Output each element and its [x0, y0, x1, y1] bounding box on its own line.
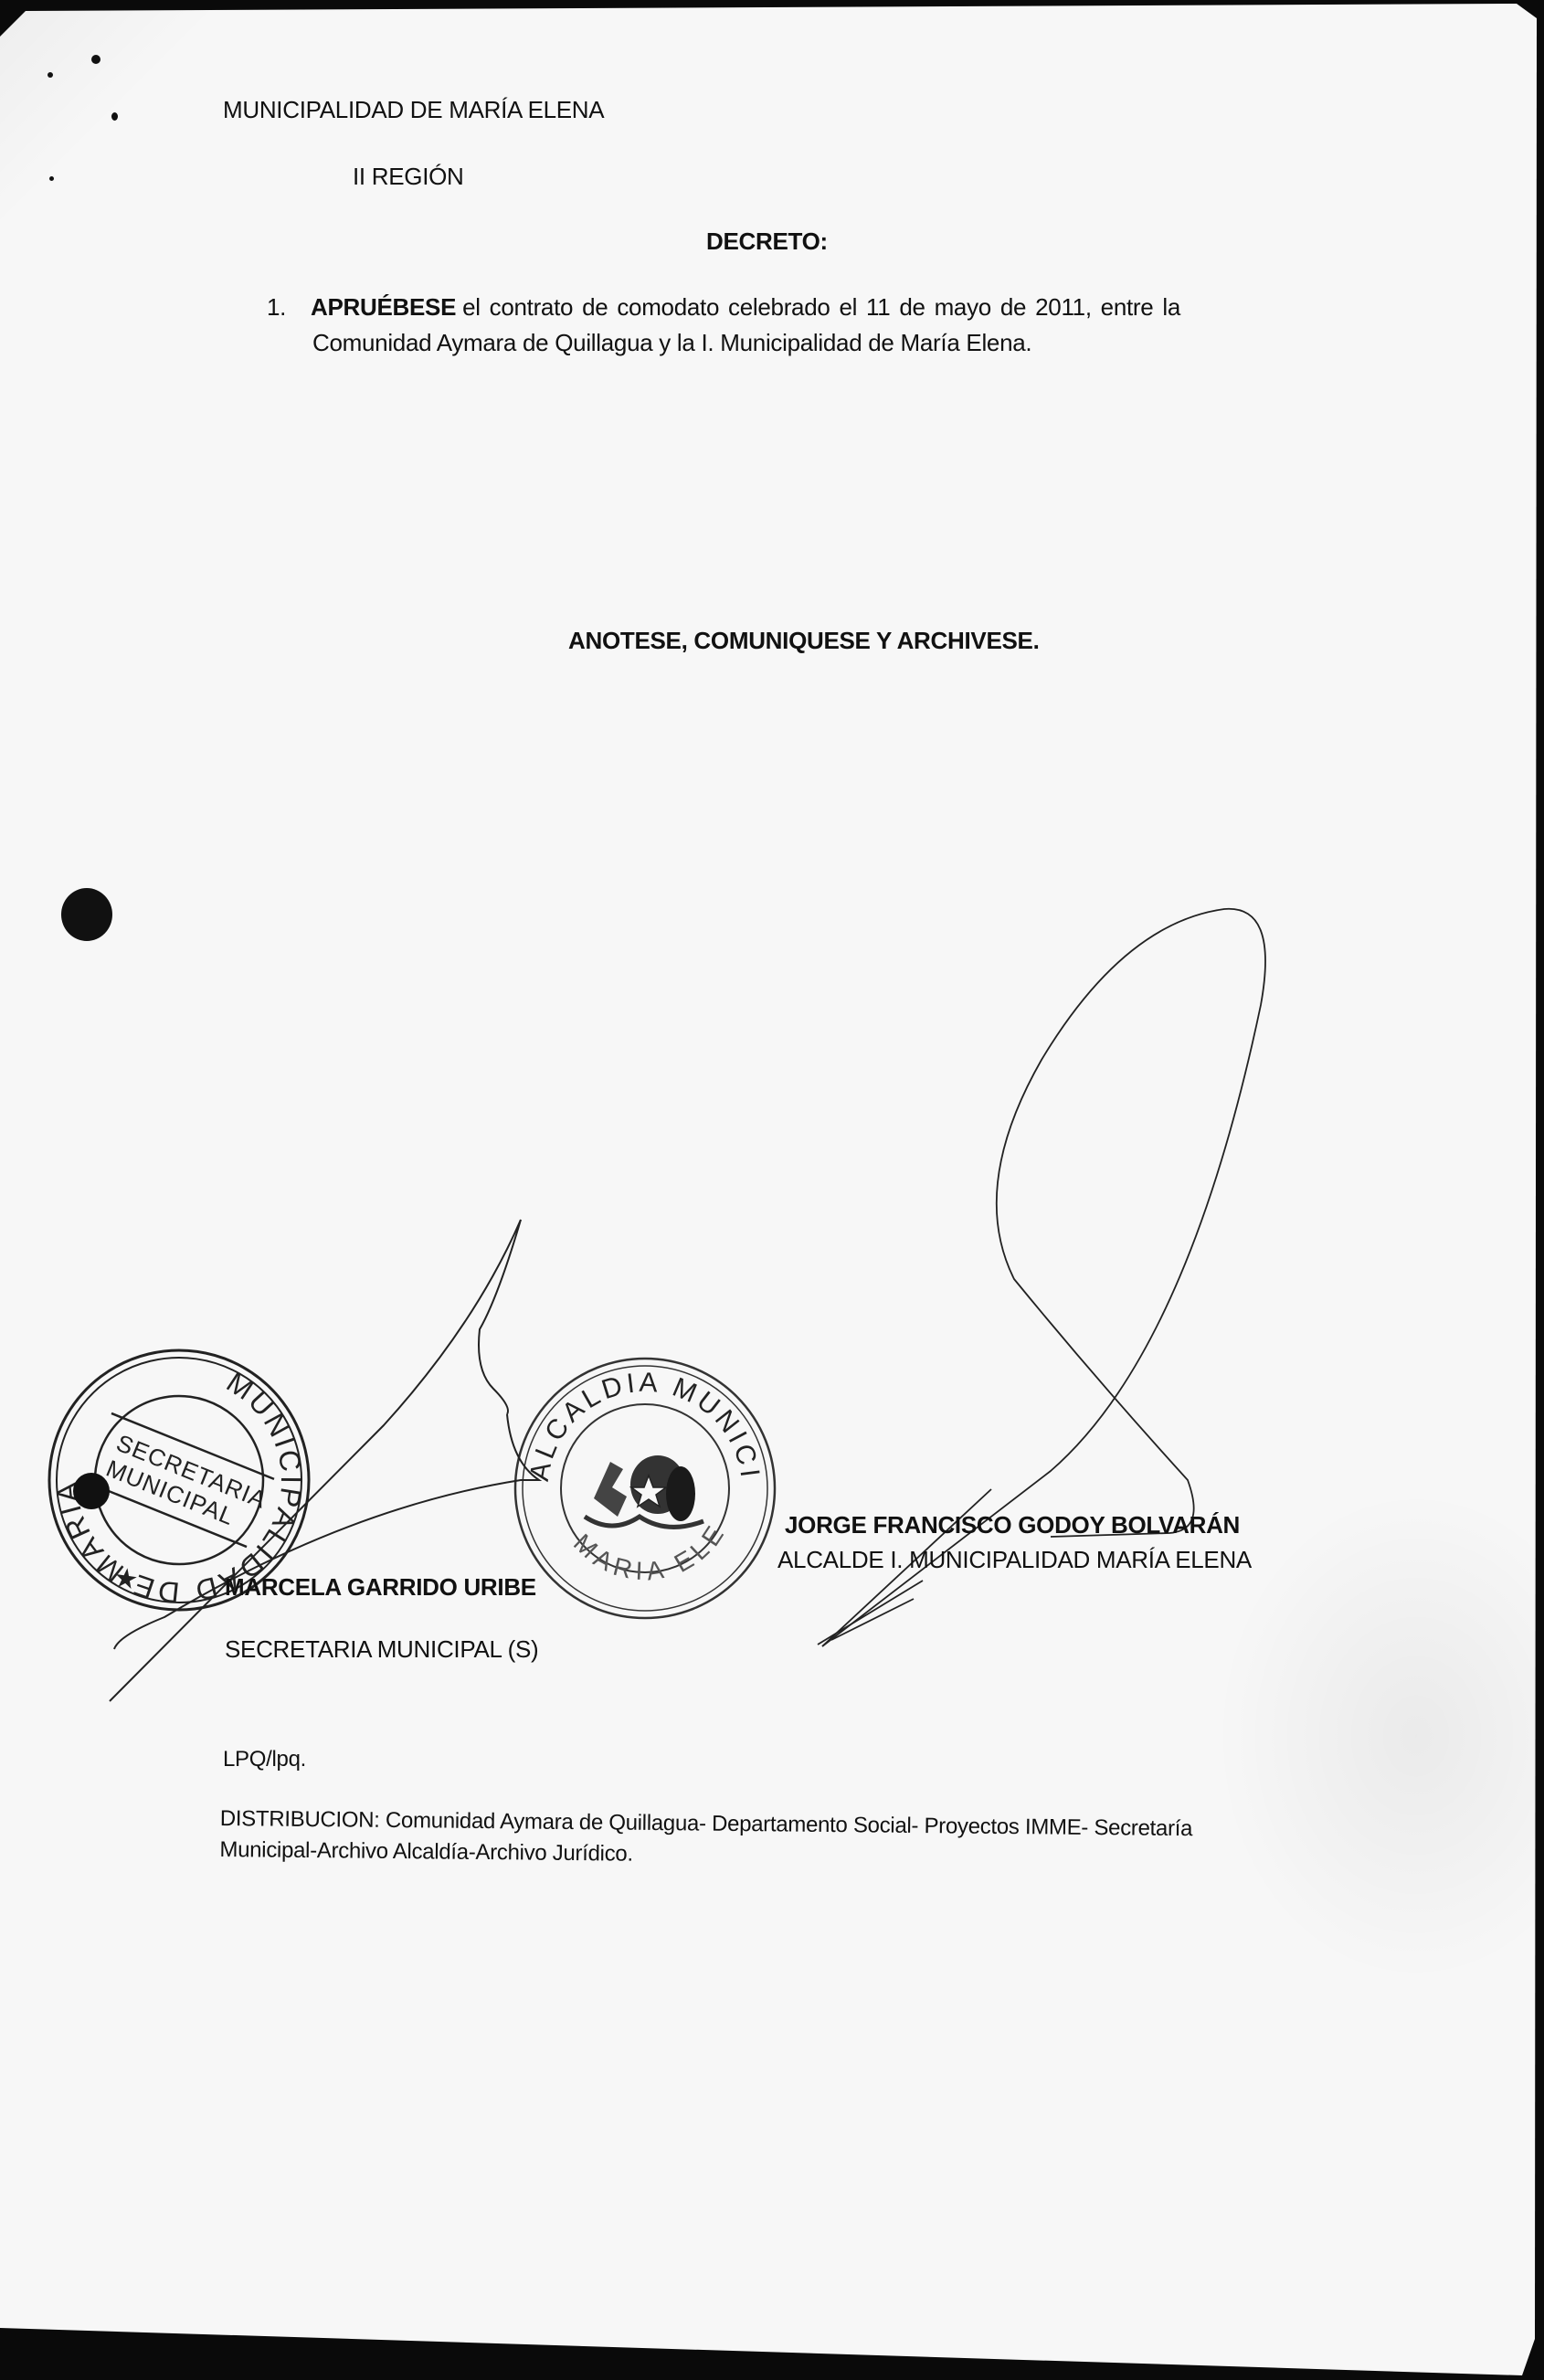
secretaria-hole-punch: [73, 1473, 110, 1509]
secretaria-stamp: MUNICIPALIDAD DE MARIA ELENA SECRETARIA …: [0, 0, 517, 1626]
distribution-list: DISTRIBUCION: Comunidad Aymara de Quilla…: [219, 1804, 1192, 1876]
secretary-name: MARCELA GARRIDO URIBE: [225, 1573, 536, 1602]
mayor-title: ALCALDE I. MUNICIPALIDAD MARÍA ELENA: [777, 1546, 1252, 1574]
secretary-title: SECRETARIA MUNICIPAL (S): [225, 1635, 538, 1664]
svg-text:MARIA ELENA: MARIA ELENA: [0, 0, 732, 1586]
document-page: MUNICIPALIDAD DE MARÍA ELENA II REGIÓN D…: [0, 0, 1544, 2380]
reference-initials: LPQ/lpq.: [223, 1747, 306, 1772]
mayor-name: JORGE FRANCISCO GODOY BOLVARÁN: [785, 1511, 1240, 1539]
stamps-and-signatures: MUNICIPALIDAD DE MARIA ELENA SECRETARIA …: [0, 0, 1544, 2380]
svg-text:MUNICIPALIDAD DE MARIA ELENA: MUNICIPALIDAD DE MARIA ELENA: [0, 0, 516, 1626]
svg-text:ALCALDIA MUNICIPAL: ALCALDIA MUNICIPAL: [0, 0, 766, 1483]
svg-text:★: ★: [111, 1562, 143, 1596]
coat-of-arms-icon: [585, 1455, 703, 1527]
